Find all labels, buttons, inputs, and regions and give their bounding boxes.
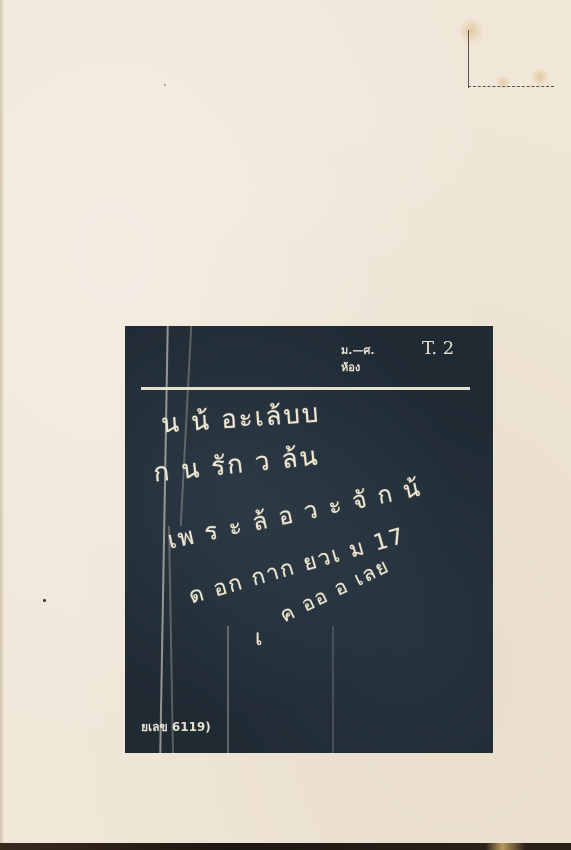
header-right-label: T. 2: [422, 338, 454, 359]
header-left-line1: ม.—ศ.: [341, 342, 375, 359]
handwriting-line-2: ก น รัก ว ล้น: [151, 435, 321, 493]
stain-top-right-2: [530, 68, 550, 86]
chalk-crack: [227, 626, 229, 753]
crop-mark-horizontal: [468, 86, 554, 87]
stain-top-right-1: [458, 18, 484, 44]
cover-left-edge: [0, 0, 4, 843]
speck: [43, 599, 46, 602]
speck: [164, 84, 166, 86]
chalkboard-photo-panel: ม.—ศ. ห้อง T. 2 น น้ อะเล้บบ ก น รัก ว ล…: [125, 326, 493, 753]
header-rule: [141, 387, 470, 390]
book-back-cover: ม.—ศ. ห้อง T. 2 น น้ อะเล้บบ ก น รัก ว ล…: [0, 0, 571, 843]
header-left-line2: ห้อง: [341, 359, 375, 376]
header-left-label: ม.—ศ. ห้อง: [341, 342, 375, 376]
handwriting-line-6: เ: [255, 620, 265, 655]
crop-mark-vertical: [468, 30, 469, 88]
chalk-crack: [332, 626, 334, 753]
footer-code: ยเลข 6119): [141, 718, 211, 737]
cover-bottom-edge: [0, 843, 571, 850]
